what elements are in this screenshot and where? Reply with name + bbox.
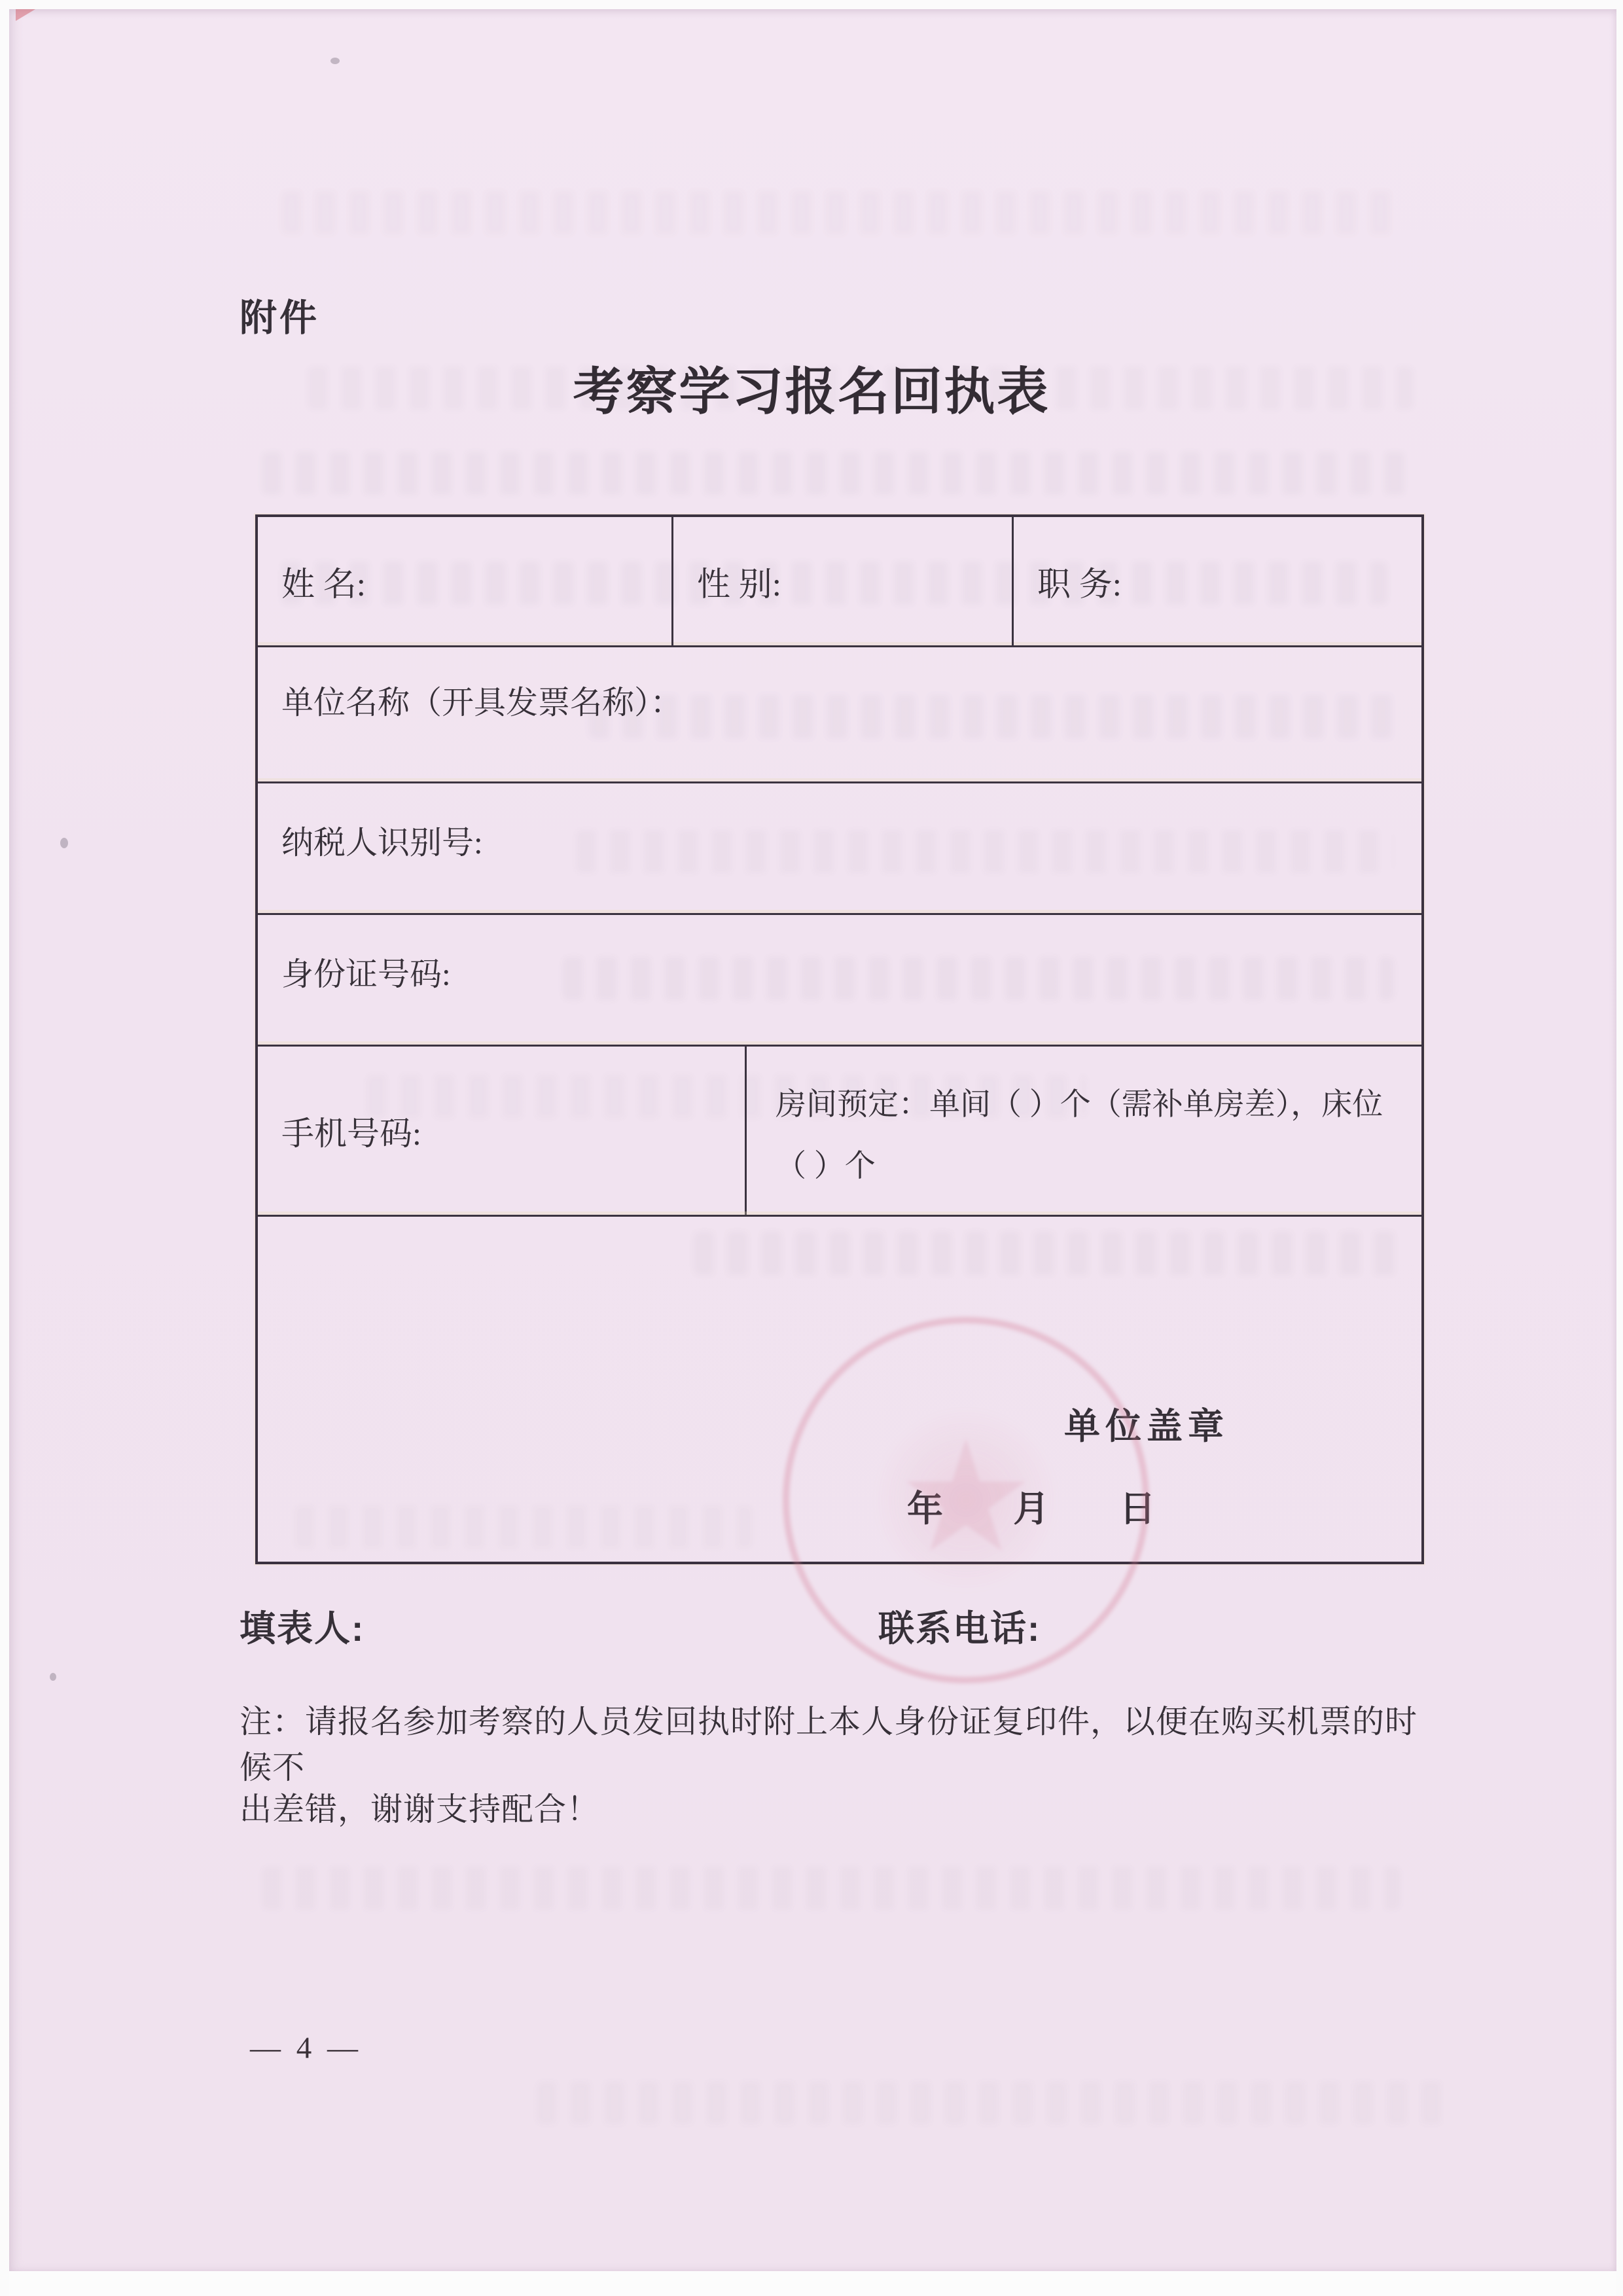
room-booking-line2: （ ）个: [776, 1136, 1397, 1197]
note-line-2: 出差错，谢谢支持配合！: [240, 1784, 1156, 1830]
table-row-seal-date: 单位盖章 年 月 日: [258, 1215, 1421, 1562]
mobile-cell: 手机号码:: [258, 1047, 747, 1215]
mobile-label: 手机号码:: [281, 1107, 421, 1155]
page-title: 考察学习报名回执表: [0, 351, 1623, 424]
form-filler-label: 填表人:: [240, 1600, 365, 1651]
form-table: 姓 名: 性 别: 职 务: 单位名称（开具发票名称）： 纳税人识别号: 身份证…: [255, 514, 1424, 1564]
id-number-label: 身份证号码:: [281, 949, 451, 1045]
name-cell: 姓 名:: [258, 517, 673, 645]
position-label: 职 务:: [1037, 557, 1122, 605]
room-booking-cell: 房间预定：单间（ ）个（需补单房差），床位 （ ）个: [747, 1047, 1421, 1215]
attachment-label: 附件: [240, 288, 319, 342]
table-row-basic-info: 姓 名: 性 别: 职 务:: [258, 517, 1421, 645]
table-row-unit-name: 单位名称（开具发票名称）：: [258, 645, 1421, 781]
name-label: 姓 名:: [281, 557, 366, 605]
unit-name-label: 单位名称（开具发票名称）：: [281, 677, 683, 781]
page-number: — 4 —: [250, 2030, 362, 2066]
scan-bottom-edge: [9, 2271, 1616, 2296]
date-label: 年 月 日: [907, 1480, 1156, 1532]
taxpayer-id-label: 纳税人识别号:: [281, 817, 483, 913]
table-row-taxpayer-id: 纳税人识别号:: [258, 781, 1421, 913]
contact-phone-label: 联系电话:: [878, 1600, 1041, 1651]
note-line-1: 注：请报名参加考察的人员发回执时附上本人身份证复印件，以便在购买机票的时候不: [240, 1696, 1431, 1788]
table-row-id-number: 身份证号码:: [258, 913, 1421, 1045]
unit-seal-label: 单位盖章: [1064, 1397, 1229, 1449]
gender-cell: 性 别:: [673, 517, 1014, 645]
room-booking-line1: 房间预定：单间（ ）个（需补单房差），床位: [776, 1074, 1397, 1136]
position-cell: 职 务:: [1014, 517, 1421, 645]
gender-label: 性 别:: [697, 557, 781, 605]
table-row-mobile-room: 手机号码: 房间预定：单间（ ）个（需补单房差），床位 （ ）个: [258, 1045, 1421, 1215]
